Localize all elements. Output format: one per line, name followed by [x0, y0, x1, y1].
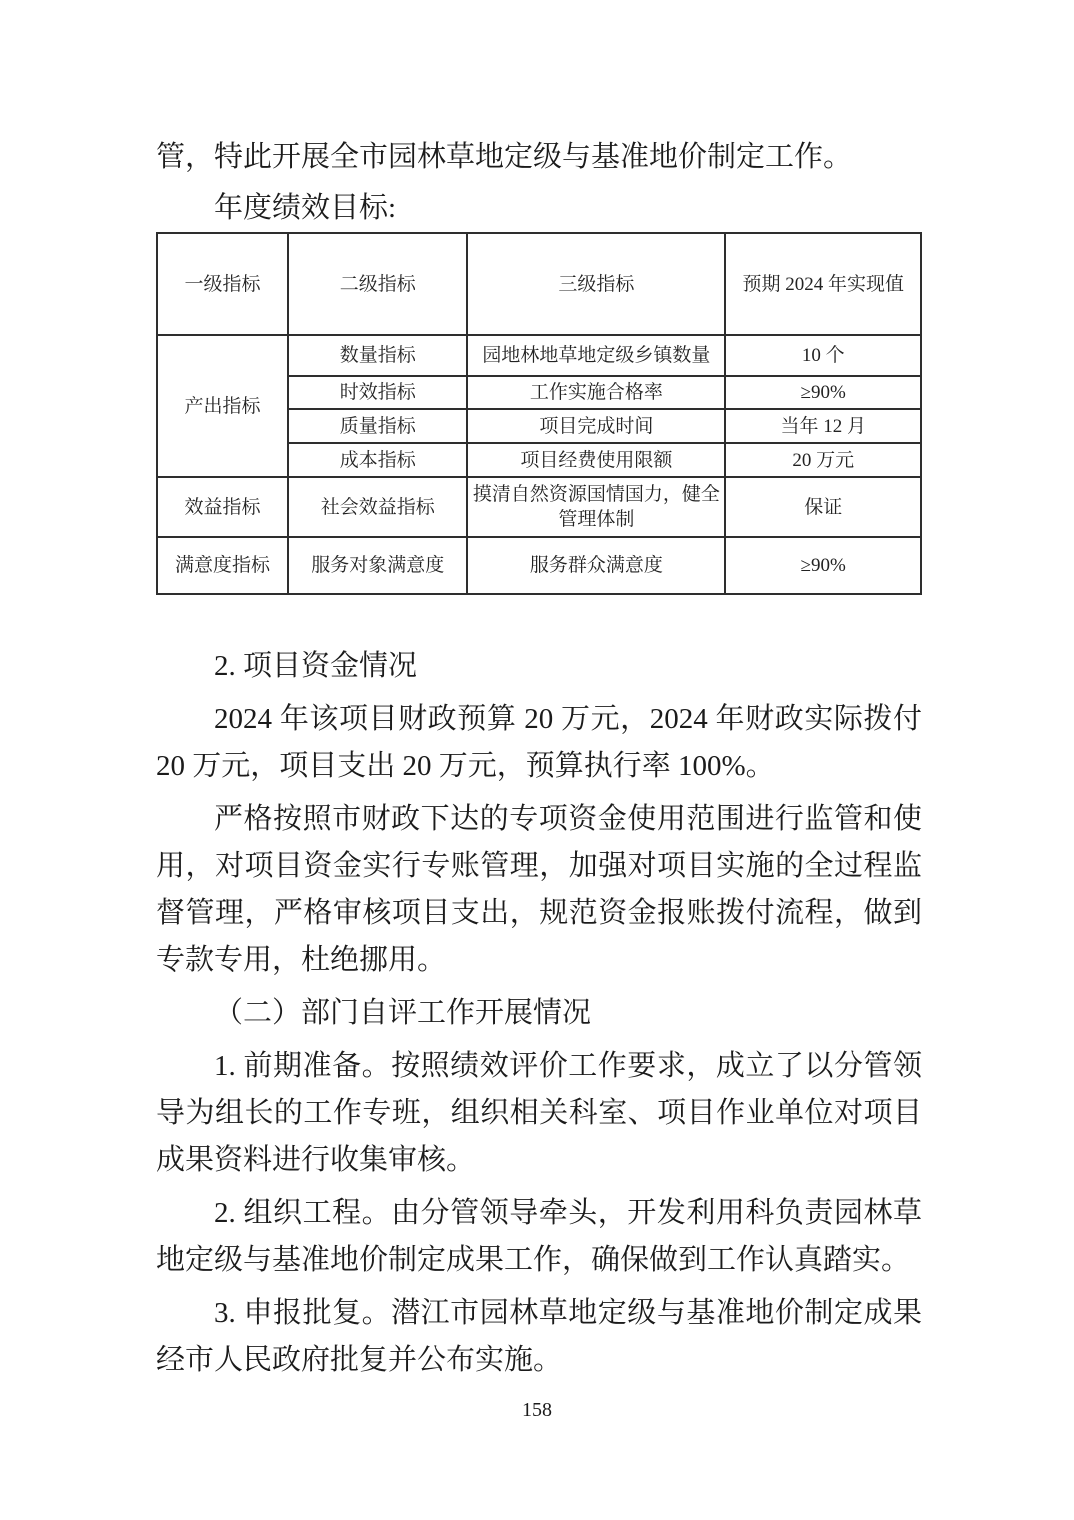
level2-cell: 数量指标: [288, 335, 467, 376]
value-cell: ≥90%: [725, 376, 921, 409]
table-row: 满意度指标 服务对象满意度 服务群众满意度 ≥90%: [157, 537, 921, 594]
level3-cell: 服务群众满意度: [467, 537, 725, 594]
level3-cell: 项目经费使用限额: [467, 443, 725, 477]
value-cell: 20 万元: [725, 443, 921, 477]
paragraph-selfreview-heading: （二）部门自评工作开展情况: [156, 990, 922, 1037]
level3-cell: 园地林地草地定级乡镇数量: [467, 335, 725, 376]
performance-target-table: 一级指标 二级指标 三级指标 预期 2024 年实现值 产出指标 数量指标 园地…: [156, 232, 922, 595]
paragraph-organization: 2. 组织工程。由分管领导牵头，开发利用科负责园林草地定级与基准地价制定成果工作…: [156, 1190, 922, 1284]
document-content: 管，特此开展全市园林草地定级与基准地价制定工作。 年度绩效目标: 一级指标 二级…: [156, 134, 922, 1384]
paragraph-preparation: 1. 前期准备。按照绩效评价工作要求，成立了以分管领导为组长的工作专班，组织相关…: [156, 1043, 922, 1184]
value-cell: 当年 12 月: [725, 409, 921, 443]
table-row: 效益指标 社会效益指标 摸清自然资源国情国力，健全管理体制 保证: [157, 477, 921, 537]
value-cell: 10 个: [725, 335, 921, 376]
paragraph-funding-heading: 2. 项目资金情况: [156, 643, 922, 690]
body-section: 2. 项目资金情况 2024 年该项目财政预算 20 万元，2024 年财政实际…: [156, 643, 922, 1384]
paragraph-approval: 3. 申报批复。潜江市园林草地定级与基准地价制定成果经市人民政府批复并公布实施。: [156, 1290, 922, 1384]
intro-continuation-line: 管，特此开展全市园林草地定级与基准地价制定工作。: [156, 134, 922, 181]
paragraph-funding-detail: 2024 年该项目财政预算 20 万元，2024 年财政实际拨付 20 万元，项…: [156, 696, 922, 790]
header-expected-value: 预期 2024 年实现值: [725, 233, 921, 335]
level2-cell: 时效指标: [288, 376, 467, 409]
document-page: 管，特此开展全市园林草地定级与基准地价制定工作。 年度绩效目标: 一级指标 二级…: [0, 0, 1074, 1520]
header-level2: 二级指标: [288, 233, 467, 335]
level2-cell: 质量指标: [288, 409, 467, 443]
value-cell: 保证: [725, 477, 921, 537]
paragraph-fund-management: 严格按照市财政下达的专项资金使用范围进行监管和使用，对项目资金实行专账管理，加强…: [156, 796, 922, 984]
level3-cell: 项目完成时间: [467, 409, 725, 443]
level2-cell: 社会效益指标: [288, 477, 467, 537]
header-level3: 三级指标: [467, 233, 725, 335]
annual-target-heading: 年度绩效目标:: [156, 185, 922, 232]
level1-satisfaction-indicator: 满意度指标: [157, 537, 288, 594]
header-level1: 一级指标: [157, 233, 288, 335]
level3-cell: 工作实施合格率: [467, 376, 725, 409]
level1-output-indicator: 产出指标: [157, 335, 288, 477]
level3-cell: 摸清自然资源国情国力，健全管理体制: [467, 477, 725, 537]
level2-cell: 成本指标: [288, 443, 467, 477]
table-row: 产出指标 数量指标 园地林地草地定级乡镇数量 10 个: [157, 335, 921, 376]
level1-benefit-indicator: 效益指标: [157, 477, 288, 537]
page-number: 158: [0, 1398, 1074, 1422]
value-cell: ≥90%: [725, 537, 921, 594]
table-header-row: 一级指标 二级指标 三级指标 预期 2024 年实现值: [157, 233, 921, 335]
level2-cell: 服务对象满意度: [288, 537, 467, 594]
